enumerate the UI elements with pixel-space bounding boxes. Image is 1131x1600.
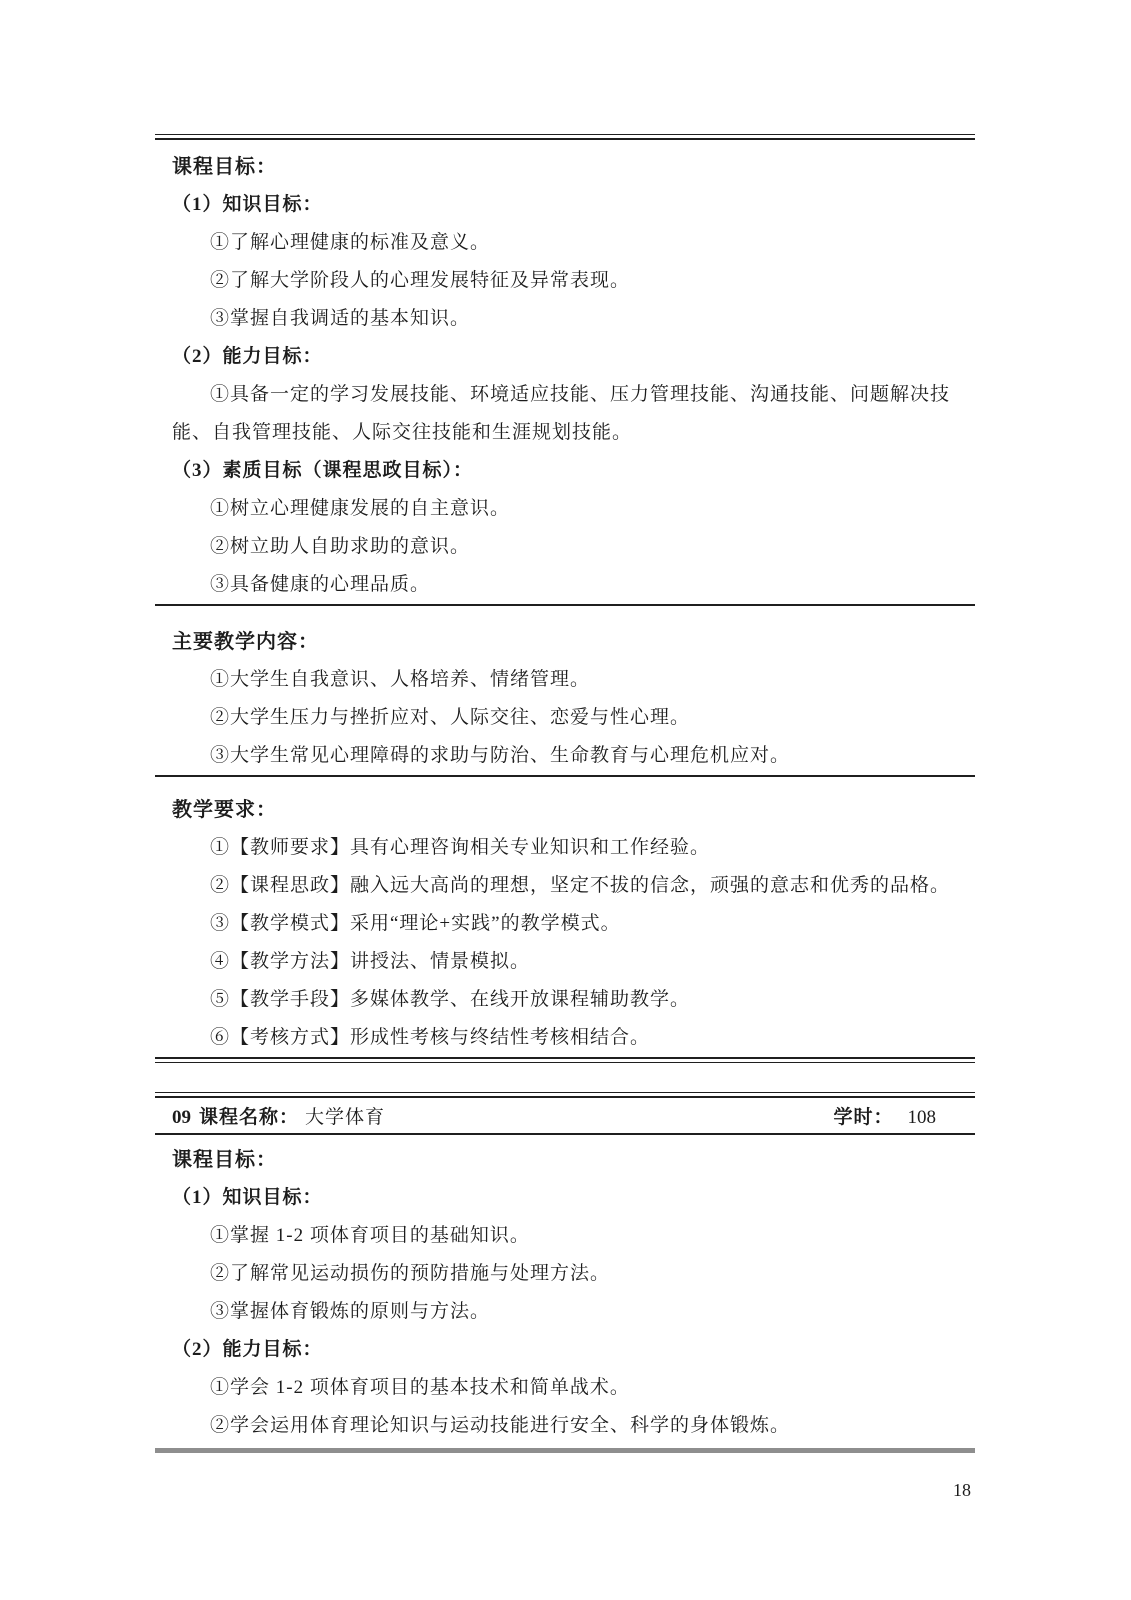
objective-group-label: （2）能力目标：	[172, 1331, 958, 1369]
course-hours-group: 学时： 108	[833, 1102, 958, 1129]
objective-point: ②了解常见运动损伤的预防措施与处理方法。	[172, 1255, 958, 1293]
course-header-row: 09 课程名称： 大学体育 学时： 108	[155, 1098, 975, 1133]
section-heading: 主要教学内容：	[172, 623, 958, 661]
objective-point: ②学会运用体育理论知识与运动技能进行安全、科学的身体锻炼。	[172, 1407, 958, 1445]
content-point: ③大学生常见心理障碍的求助与防治、生命教育与心理危机应对。	[172, 737, 958, 775]
section-heading: 课程目标：	[172, 1141, 958, 1179]
requirement-point: ①【教师要求】具有心理咨询相关专业知识和工作经验。	[172, 829, 958, 867]
content-point: ②大学生压力与挫折应对、人际交往、恋爱与性心理。	[172, 699, 958, 737]
requirement-point: ③【教学模式】采用“理论+实践”的教学模式。	[172, 905, 958, 943]
requirement-point: ②【课程思政】融入远大高尚的理想，坚定不拔的信念，顽强的意志和优秀的品格。	[172, 867, 958, 905]
objective-point: ①学会 1-2 项体育项目的基本技术和简单战术。	[172, 1369, 958, 1407]
tables-gap	[155, 1063, 975, 1092]
objective-point: ②树立助人自助求助的意识。	[172, 528, 958, 566]
requirement-point: ⑥【考核方式】形成性考核与终结性考核相结合。	[172, 1019, 958, 1057]
objective-group-label: （1）知识目标：	[172, 186, 958, 224]
objective-point: ①具备一定的学习发展技能、环境适应技能、压力管理技能、沟通技能、问题解决技能、自…	[172, 376, 958, 452]
objective-point: ①了解心理健康的标准及意义。	[172, 224, 958, 262]
course-name-label: 课程名称：	[199, 1102, 299, 1129]
section-teaching-content: 主要教学内容： ①大学生自我意识、人格培养、情绪管理。 ②大学生压力与挫折应对、…	[155, 606, 975, 775]
objective-point: ③具备健康的心理品质。	[172, 566, 958, 604]
course-hours-value: 108	[908, 1107, 937, 1129]
content-point: ①大学生自我意识、人格培养、情绪管理。	[172, 661, 958, 699]
section-teaching-requirements: 教学要求： ①【教师要求】具有心理咨询相关专业知识和工作经验。 ②【课程思政】融…	[155, 777, 975, 1057]
objective-point: ②了解大学阶段人的心理发展特征及异常表现。	[172, 262, 958, 300]
course-hours-label: 学时：	[833, 1102, 893, 1129]
document-content: 课程目标： （1）知识目标： ①了解心理健康的标准及意义。 ②了解大学阶段人的心…	[155, 134, 975, 1501]
course-name-value: 大学体育	[305, 1102, 385, 1129]
section-course-objectives-1: 课程目标： （1）知识目标： ①了解心理健康的标准及意义。 ②了解大学阶段人的心…	[155, 140, 975, 604]
section-heading: 课程目标：	[172, 148, 958, 186]
footer-rule	[155, 1448, 975, 1453]
objective-point: ①掌握 1-2 项体育项目的基础知识。	[172, 1217, 958, 1255]
objective-point: ③掌握体育锻炼的原则与方法。	[172, 1293, 958, 1331]
section-course-objectives-2: 课程目标： （1）知识目标： ①掌握 1-2 项体育项目的基础知识。 ②了解常见…	[155, 1135, 975, 1448]
objective-point: ③掌握自我调适的基本知识。	[172, 300, 958, 338]
page-number: 18	[155, 1479, 975, 1501]
document-page: 课程目标： （1）知识目标： ①了解心理健康的标准及意义。 ②了解大学阶段人的心…	[0, 0, 1131, 1600]
requirement-point: ④【教学方法】讲授法、情景模拟。	[172, 943, 958, 981]
objective-point: ①树立心理健康发展的自主意识。	[172, 490, 958, 528]
section-heading: 教学要求：	[172, 791, 958, 829]
course-title-group: 09 课程名称： 大学体育	[172, 1102, 385, 1129]
requirement-point: ⑤【教学手段】多媒体教学、在线开放课程辅助教学。	[172, 981, 958, 1019]
course-code: 09	[172, 1107, 191, 1129]
objective-group-label: （1）知识目标：	[172, 1179, 958, 1217]
objective-group-label: （2）能力目标：	[172, 338, 958, 376]
objective-group-label: （3）素质目标（课程思政目标）：	[172, 452, 958, 490]
